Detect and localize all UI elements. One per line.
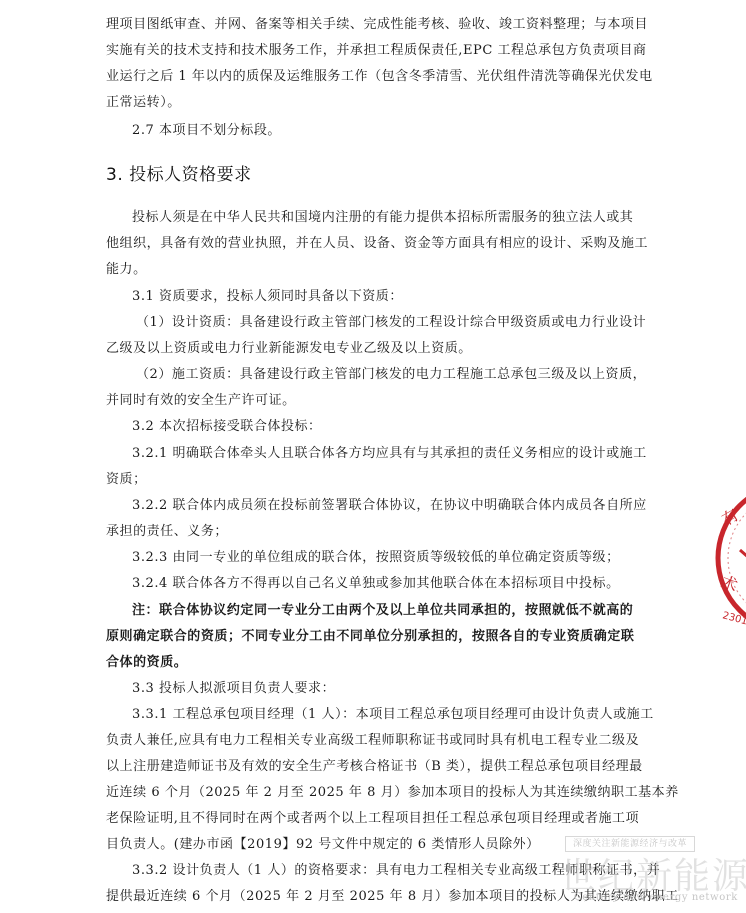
clause-3-2-4: 3.2.4 联合体各方不得再以自己名义单独或参加其他联合体在本招标项目中投标。	[106, 571, 664, 597]
clause-3-3-1-cont: 以上注册建造师证书及有效的安全生产考核合格证书（B 类），提供工程总承包项目经理…	[106, 754, 638, 780]
section-heading: 3. 投标人资格要求	[106, 160, 252, 185]
note-line: 注：联合体协议约定同一专业分工由两个及以上单位共同承担的，按照就低不就高的	[106, 598, 664, 624]
clause-3-2: 3.2 本次招标接受联合体投标：	[106, 414, 664, 440]
clause-3-2-1-cont: 资质；	[106, 467, 638, 493]
red-seal-stamp: 有 术 2301	[712, 478, 746, 638]
watermark-site-name-en: Century new energy network	[574, 892, 738, 903]
clause-2-7: 2.7 本项目不划分标段。	[106, 118, 664, 144]
paragraph-line: 正常运转）。	[106, 90, 638, 116]
intro-line: 能力。	[106, 257, 638, 283]
clause-3-2-3: 3.2.3 由同一专业的单位组成的联合体，按照资质等级较低的单位确定资质等级；	[106, 545, 664, 571]
intro-line: 投标人须是在中华人民共和国境内注册的有能力提供本招标所需服务的独立法人或其	[106, 205, 664, 231]
clause-3-2-2-cont: 承担的责任、义务；	[106, 519, 638, 545]
clause-3-1-2: （2）施工资质：具备建设行政主管部门核发的电力工程施工总承包三级及以上资质，	[106, 362, 668, 388]
clause-3-3: 3.3 投标人拟派项目负责人要求：	[106, 676, 664, 702]
clause-3-3-1-cont: 老保险证明,且不得同时在两个或者两个以上工程项目担任工程总承包项目经理或者施工项	[106, 806, 638, 832]
paragraph-line: 理项目图纸审查、并网、备案等相关手续、完成性能考核、验收、竣工资料整理；与本项目	[106, 12, 638, 38]
note-line: 合体的资质。	[106, 650, 638, 676]
clause-3-3-1-cont: 负责人兼任,应具有电力工程相关专业高级工程师职称证书或同时具有机电工程专业二级及	[106, 728, 638, 754]
intro-line: 他组织，具备有效的营业执照，并在人员、设备、资金等方面具有相应的设计、采购及施工	[106, 231, 638, 257]
clause-3-1-1-cont: 乙级及以上资质或电力行业新能源发电专业乙级及以上资质。	[106, 336, 638, 362]
clause-3-3-1-cont: 目负责人。(建办市函【2019】92 号文件中规定的 6 类情形人员除外）	[106, 832, 638, 858]
paragraph-line: 业运行之后 1 年以内的质保及运维服务工作（包含冬季清雪、光伏组件清洗等确保光伏…	[106, 64, 638, 90]
clause-3-3-1-cont: 近连续 6 个月（2025 年 2 月至 2025 年 8 月）参加本项目的投标…	[106, 780, 638, 806]
note-line: 原则确定联合的资质；不同专业分工由不同单位分别承担的，按照各自的专业资质确定联	[106, 624, 638, 650]
paragraph-line: 实施有关的技术支持和技术服务工作，并承担工程质保责任,EPC 工程总承包方负责项…	[106, 38, 638, 64]
clause-3-1: 3.1 资质要求，投标人须同时具备以下资质：	[106, 284, 664, 310]
clause-3-1-1: （1）设计资质：具备建设行政主管部门核发的工程设计综合甲级资质或电力行业设计	[106, 310, 668, 336]
clause-3-1-2-cont: 并同时有效的安全生产许可证。	[106, 388, 638, 414]
clause-3-2-2: 3.2.2 联合体内成员须在投标前签署联合体协议，在协议中明确联合体内成员各自所…	[106, 493, 664, 519]
clause-3-2-1: 3.2.1 明确联合体牵头人且联合体各方均应具有与其承担的责任义务相应的设计或施…	[106, 441, 664, 467]
clause-3-3-2-cont: 提供最近连续 6 个月（2025 年 2 月至 2025 年 8 月）参加本项目…	[106, 884, 638, 910]
clause-3-3-1: 3.3.1 工程总承包项目经理（1 人）：本项目工程总承包项目经理可由设计负责人…	[106, 702, 664, 728]
